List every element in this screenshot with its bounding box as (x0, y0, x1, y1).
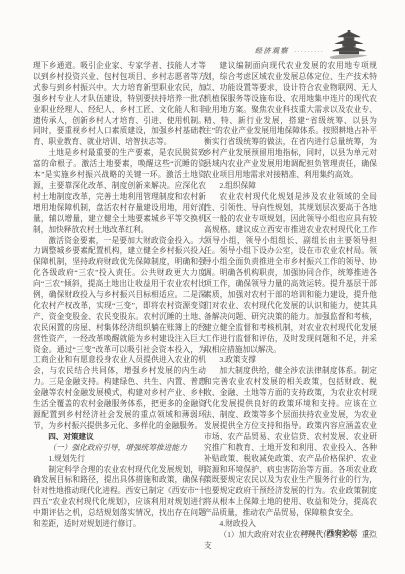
heading: 四、对策建议 (33, 432, 206, 443)
heading: （一）强化政府引导，增强统筹推进能力 (33, 443, 206, 454)
dotted-leader: ········· (294, 48, 324, 60)
heading: 1.规划先行 (33, 454, 206, 465)
paragraph: 土地是乡村最重要的生产要素，是农民脱贫致富的命根子。激活土地要素，唤醒这些“沉睡… (33, 148, 206, 235)
issue-number: 2024.3 (301, 530, 320, 537)
heading: 2.组织保障 (204, 181, 377, 192)
paragraph: 理下乡通道。吸引企业家、专家学者、技能人才等以到乡村投资兴业、包村包项目、乡村志… (33, 61, 206, 148)
page-number: 23 (365, 530, 372, 537)
text-column-right: 建议编制面向现代农业发展的农用地专项规划，综合考虑区域农业发展总体定位、生产技术… (204, 61, 377, 552)
text-column-left: 理下乡通道。吸引企业家、专家学者、技能人才等以到乡村投资兴业、包村包项目、乡村志… (33, 61, 206, 530)
heading: 3.政策支撑 (204, 355, 377, 366)
section-header: 经济观察 ········· (255, 30, 369, 60)
paragraph: 农业农村现代化规划是涉及农业领域的全局性、引领性、导向性规划，其规划层次要高于各… (204, 192, 377, 356)
section-label: 经济观察 (255, 46, 289, 60)
paragraph: 加大制度供给，健全涉农法律制度体系。制定和完善农业农村发展的相关政策，包括财政、… (204, 366, 377, 519)
page-footer: 2024.3 西安论坛 23 (301, 527, 372, 537)
journal-page: 经济观察 ········· 理下乡通道。吸引企业家、专家学者、技能人才等以到乡… (0, 0, 405, 574)
paragraph: 激活资金要素，一是要加大财政资金投入。大力调整城乡要素配置机构，建立健全乡村振兴… (33, 236, 206, 432)
journal-name: 西安论坛 (327, 527, 358, 537)
pagoda-icon (329, 30, 369, 60)
paragraph: 制定科学合理的农业农村现代化发展规划，明确发展目标和路径，提出具体措施和政策，确… (33, 465, 206, 530)
paragraph: 建议编制面向现代农业发展的农用地专项规划，综合考虑区域农业发展总体定位、生产技术… (204, 61, 377, 181)
